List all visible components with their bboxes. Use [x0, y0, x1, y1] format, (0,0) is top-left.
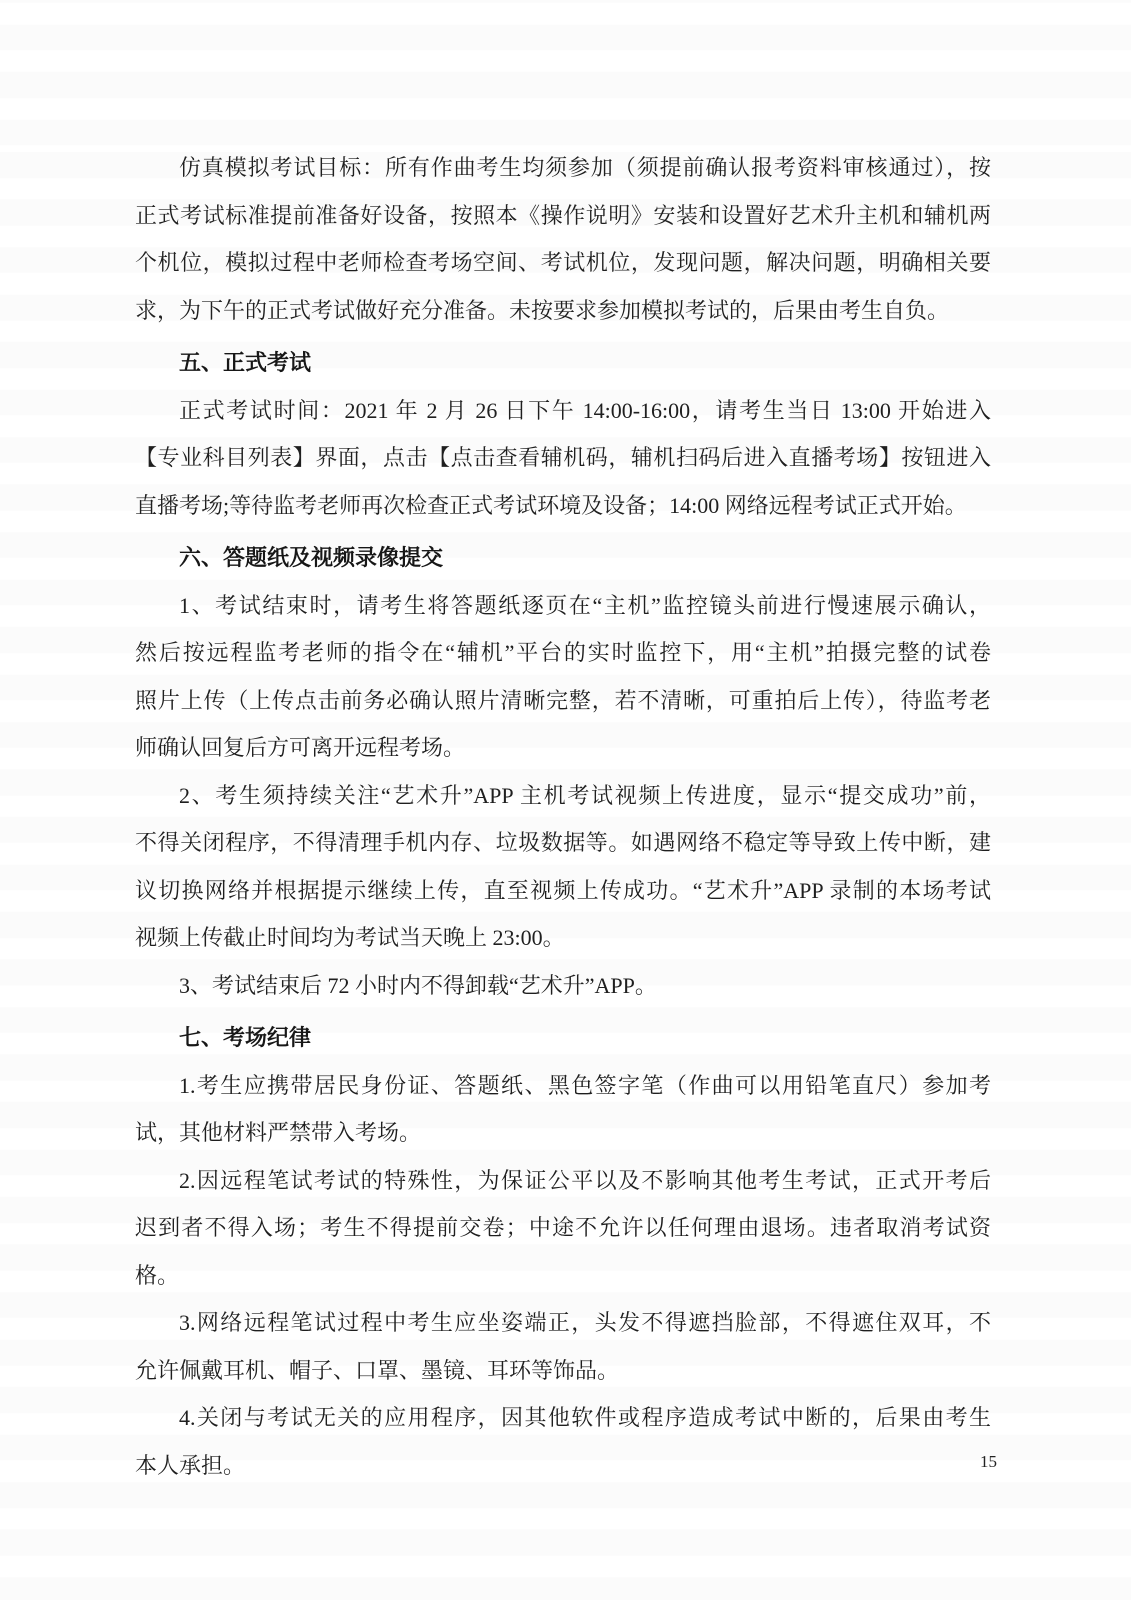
- text-line: 3.网络远程笔试过程中考生应坐姿端正，头发不得遮挡脸部，不得遮住双耳，不: [135, 1299, 991, 1347]
- text-line: 直播考场;等待监考老师再次检查正式考试环境及设备；14:00 网络远程考试正式开…: [135, 482, 991, 530]
- text-line: 1、考试结束时，请考生将答题纸逐页在“主机”监控镜头前进行慢速展示确认，: [135, 582, 991, 630]
- paragraph-discipline-item-3: 3.网络远程笔试过程中考生应坐姿端正，头发不得遮挡脸部，不得遮住双耳，不 允许佩…: [135, 1299, 991, 1394]
- text-line: 不得关闭程序，不得清理手机内存、垃圾数据等。如遇网络不稳定等导致上传中断，建: [135, 819, 991, 867]
- text-line: 2、考生须持续关注“艺术升”APP 主机考试视频上传进度，显示“提交成功”前，: [135, 772, 991, 820]
- text-line: 求，为下午的正式考试做好充分准备。未按要求参加模拟考试的，后果由考生自负。: [135, 287, 991, 335]
- text-line: 3、考试结束后 72 小时内不得卸载“艺术升”APP。: [135, 962, 991, 1010]
- text-line: 正式考试时间：2021 年 2 月 26 日下午 14:00-16:00，请考生…: [135, 387, 991, 435]
- section-heading-formal-exam: 五、正式考试: [135, 339, 991, 387]
- text-line: 然后按远程监考老师的指令在“辅机”平台的实时监控下，用“主机”拍摄完整的试卷: [135, 629, 991, 677]
- text-line: 师确认回复后方可离开远程考场。: [135, 724, 991, 772]
- paragraph-submission-item-3: 3、考试结束后 72 小时内不得卸载“艺术升”APP。: [135, 962, 991, 1010]
- paragraph-submission-item-2: 2、考生须持续关注“艺术升”APP 主机考试视频上传进度，显示“提交成功”前， …: [135, 772, 991, 962]
- paragraph-submission-item-1: 1、考试结束时，请考生将答题纸逐页在“主机”监控镜头前进行慢速展示确认， 然后按…: [135, 582, 991, 772]
- text-line: 允许佩戴耳机、帽子、口罩、墨镜、耳环等饰品。: [135, 1347, 991, 1395]
- text-line: 试，其他材料严禁带入考场。: [135, 1109, 991, 1157]
- text-line: 2.因远程笔试考试的特殊性，为保证公平以及不影响其他考生考试，正式开考后: [135, 1157, 991, 1205]
- text-line: 照片上传（上传点击前务必确认照片清晰完整，若不清晰，可重拍后上传），待监考老: [135, 677, 991, 725]
- document-body: 仿真模拟考试目标：所有作曲考生均须参加（须提前确认报考资料审核通过），按 正式考…: [135, 144, 991, 1489]
- text-line: 仿真模拟考试目标：所有作曲考生均须参加（须提前确认报考资料审核通过），按: [135, 144, 991, 192]
- text-line: 正式考试标准提前准备好设备，按照本《操作说明》安装和设置好艺术升主机和辅机两: [135, 192, 991, 240]
- paragraph-mock-exam-goal: 仿真模拟考试目标：所有作曲考生均须参加（须提前确认报考资料审核通过），按 正式考…: [135, 144, 991, 334]
- text-line: 4.关闭与考试无关的应用程序，因其他软件或程序造成考试中断的，后果由考生: [135, 1394, 991, 1442]
- paragraph-discipline-item-2: 2.因远程笔试考试的特殊性，为保证公平以及不影响其他考生考试，正式开考后 迟到者…: [135, 1157, 991, 1300]
- text-line: 1.考生应携带居民身份证、答题纸、黑色签字笔（作曲可以用铅笔直尺）参加考: [135, 1062, 991, 1110]
- section-heading-exam-discipline: 七、考场纪律: [135, 1014, 991, 1062]
- text-line: 视频上传截止时间均为考试当天晚上 23:00。: [135, 914, 991, 962]
- paragraph-discipline-item-4: 4.关闭与考试无关的应用程序，因其他软件或程序造成考试中断的，后果由考生 本人承…: [135, 1394, 991, 1489]
- text-line: 【专业科目列表】界面，点击【点击查看辅机码，辅机扫码后进入直播考场】按钮进入: [135, 434, 991, 482]
- text-line: 迟到者不得入场；考生不得提前交卷；中途不允许以任何理由退场。违者取消考试资格。: [135, 1204, 991, 1299]
- section-heading-answer-sheet-submission: 六、答题纸及视频录像提交: [135, 534, 991, 582]
- paragraph-discipline-item-1: 1.考生应携带居民身份证、答题纸、黑色签字笔（作曲可以用铅笔直尺）参加考 试，其…: [135, 1062, 991, 1157]
- page-number: 15: [980, 1452, 997, 1472]
- document-page: 仿真模拟考试目标：所有作曲考生均须参加（须提前确认报考资料审核通过），按 正式考…: [0, 0, 1131, 1600]
- text-line: 个机位，模拟过程中老师检查考场空间、考试机位，发现问题，解决问题，明确相关要: [135, 239, 991, 287]
- text-line: 议切换网络并根据提示继续上传，直至视频上传成功。“艺术升”APP 录制的本场考试: [135, 867, 991, 915]
- paragraph-formal-exam-time: 正式考试时间：2021 年 2 月 26 日下午 14:00-16:00，请考生…: [135, 387, 991, 530]
- text-line: 本人承担。: [135, 1442, 991, 1490]
